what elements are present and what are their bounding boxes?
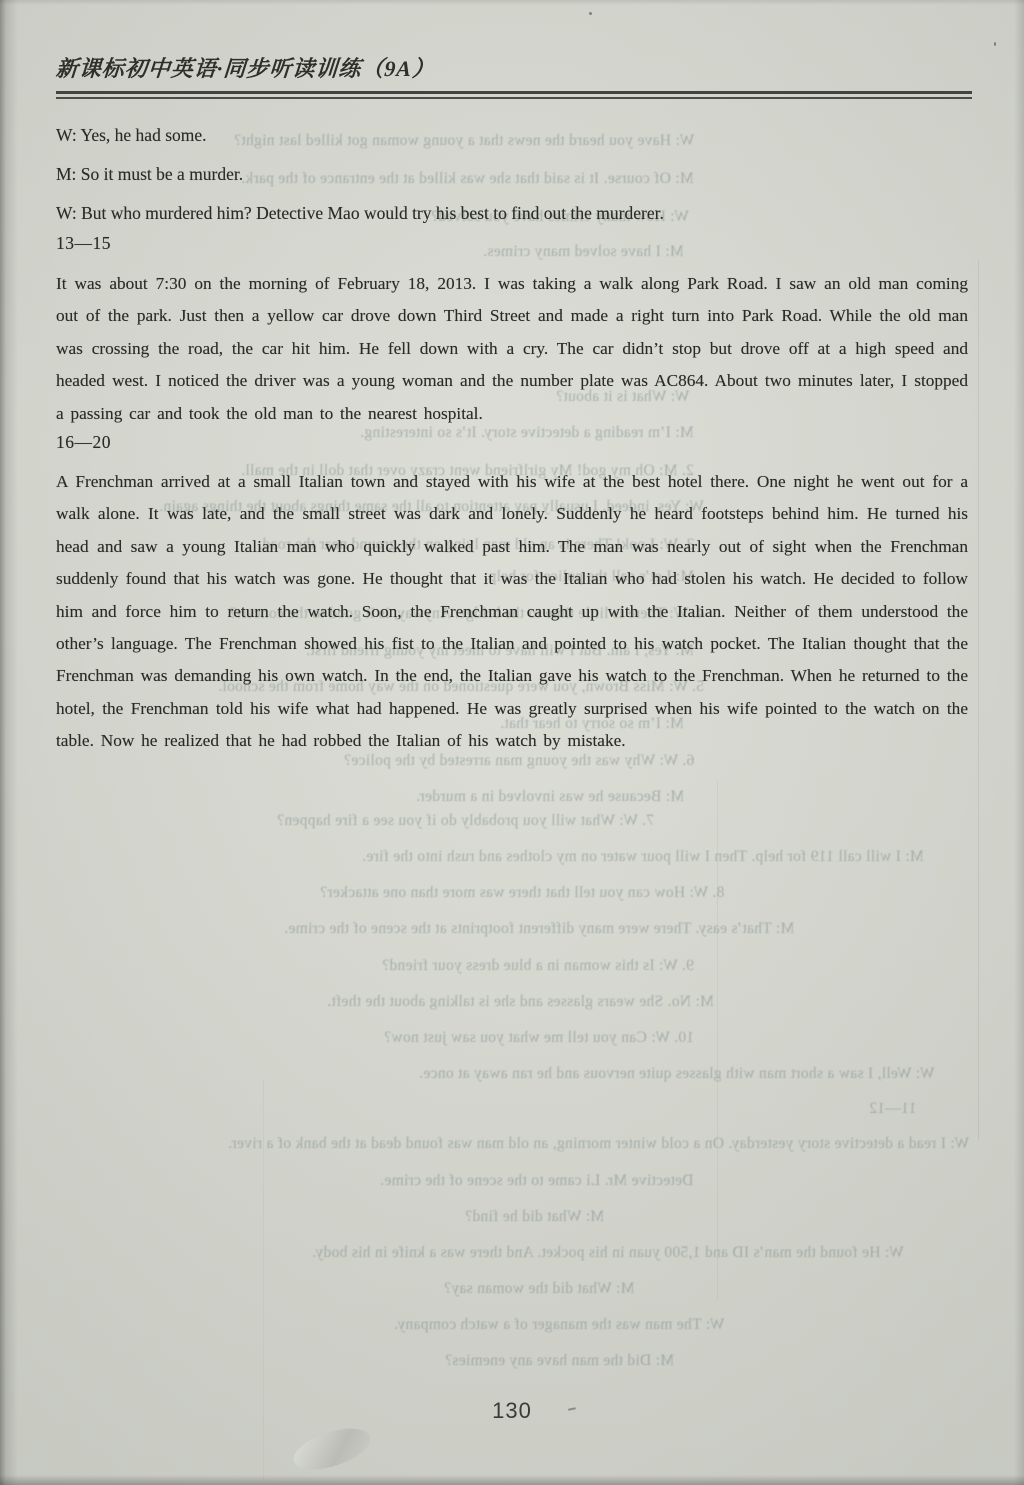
printed-content: 新课标初中英语·同步听读训练（9A） W: Yes, he had some. … — [0, 0, 1024, 1485]
scanned-book-page: W: Have you heard the news that a young … — [0, 0, 1024, 1485]
passage-13-15: It was about 7:30 on the morning of Febr… — [56, 268, 968, 430]
passage-16-20: A Frenchman arrived at a small Italian t… — [56, 466, 968, 758]
section-label-13-15: 13—15 — [56, 233, 111, 254]
section-label-16-20: 16—20 — [56, 432, 111, 453]
book-header-title: 新课标初中英语·同步听读训练（9A） — [55, 52, 436, 83]
dialogue-transcript: W: Yes, he had some. M: So it must be a … — [56, 116, 972, 233]
dialogue-line: M: So it must be a murder. — [56, 155, 972, 194]
dialogue-line: W: Yes, he had some. — [56, 116, 972, 155]
page-number: 130 — [0, 1398, 1024, 1424]
dialogue-line: W: But who murdered him? Detective Mao w… — [56, 194, 972, 233]
header-divider-rule — [56, 91, 972, 99]
